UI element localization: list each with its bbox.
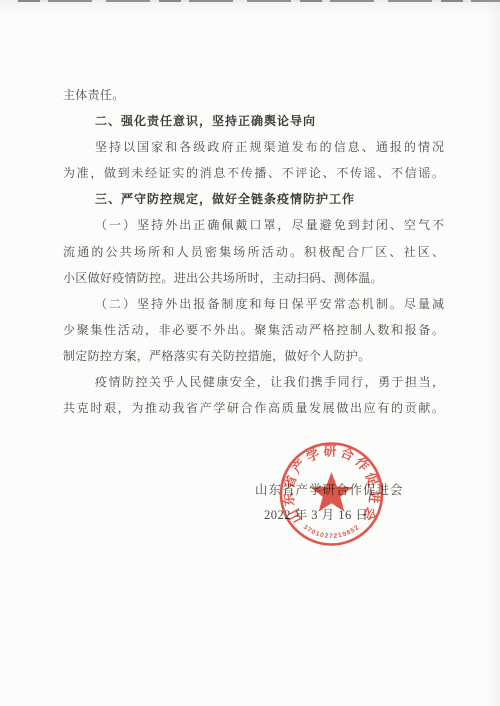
body-line: 疫情防控关乎人民健康安全，让我们携手同行，勇于担当， xyxy=(63,369,444,395)
scan-shadow-top xyxy=(0,0,500,14)
section-heading: 二、强化责任意识，坚持正确舆论导向 xyxy=(63,108,444,134)
body-line: 坚持以国家和各级政府正规渠道发布的信息、通报的情况 xyxy=(63,134,444,160)
body-line: 主体责任。 xyxy=(63,82,444,108)
body-line: 共克时艰，为推动我省产学研合作高质量发展做出应有的贡献。 xyxy=(63,395,444,421)
seal-registration-code: 3701027219852 xyxy=(302,524,361,540)
scan-shadow-right xyxy=(484,0,500,706)
body-line: （一）坚持外出正确佩戴口罩，尽量避免到封闭、空气不 xyxy=(63,212,444,238)
signature-organization: 山东省产学研合作促进会 xyxy=(255,480,404,498)
section-heading: 三、严守防控规定，做好全链条疫情防护工作 xyxy=(63,186,444,212)
body-line: 制定防控方案，严格落实有关防控措施，做好个人防护。 xyxy=(63,343,444,369)
document-body: 主体责任。 二、强化责任意识，坚持正确舆论导向 坚持以国家和各级政府正规渠道发布… xyxy=(63,82,444,421)
scan-edge-artifact xyxy=(18,0,500,2)
body-line: 少聚集性活动，非必要不外出。聚集活动严格控制人数和报备。 xyxy=(63,317,444,343)
scanned-document-page: 主体责任。 二、强化责任意识，坚持正确舆论导向 坚持以国家和各级政府正规渠道发布… xyxy=(0,0,500,706)
body-line: （二）坚持外出报备制度和每日保平安常态机制。尽量减 xyxy=(63,291,444,317)
body-line: 流通的公共场所和人员密集场所活动。积极配合厂区、社区、 xyxy=(63,239,444,265)
body-line: 为准，做到未经证实的消息不传播、不评论、不传谣、不信谣。 xyxy=(63,160,444,186)
signature-date: 2022 年 3 月 16 日 xyxy=(264,505,368,523)
body-line: 小区做好疫情防控。进出公共场所时，主动扫码、测体温。 xyxy=(63,265,444,291)
